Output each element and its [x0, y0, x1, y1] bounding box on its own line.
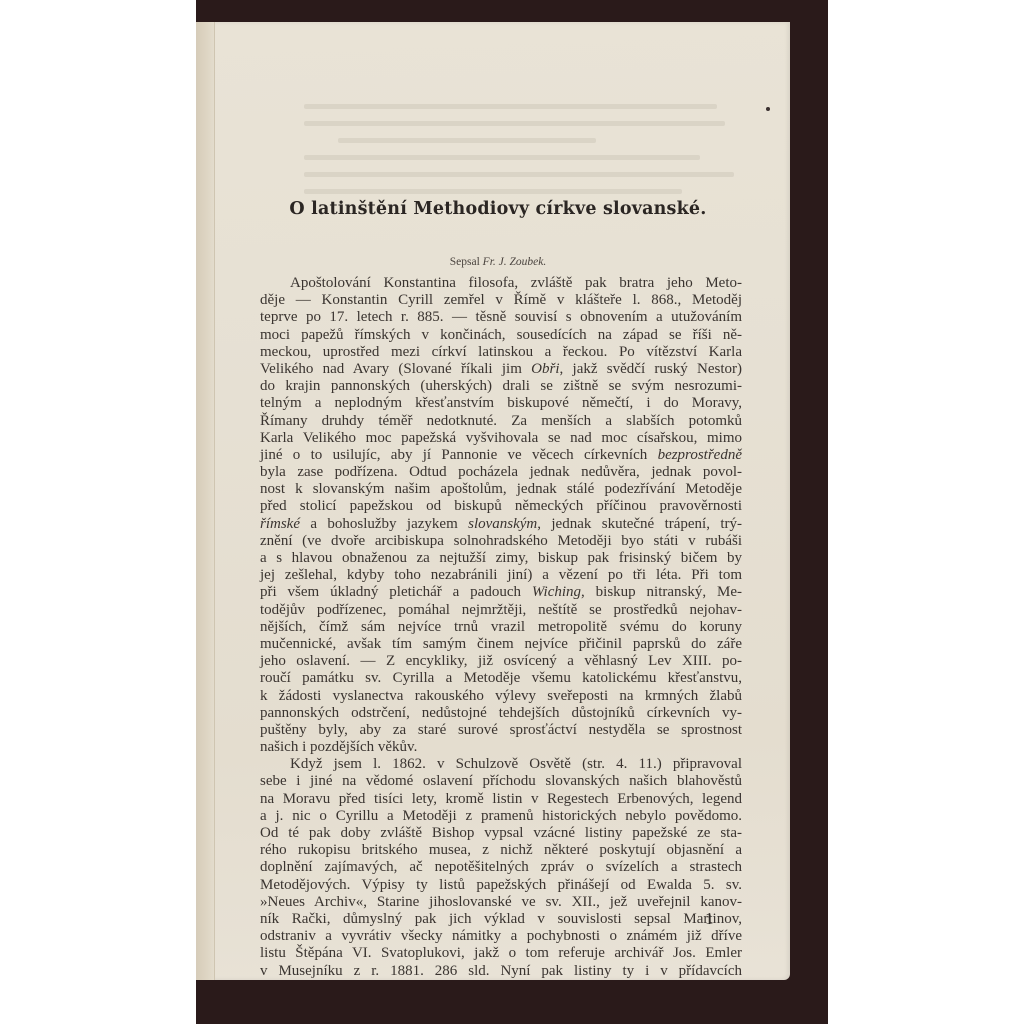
text-line: Apoštolování Konstantina filosofa, zvláš… — [260, 275, 742, 292]
document-title: O latinštění Methodiovy církve slovanské… — [288, 199, 708, 219]
ink-speck — [766, 107, 770, 111]
text-line: moci papežů římských v končinách, soused… — [260, 327, 742, 344]
text-line: telným a neplodným křesťanstvím biskupov… — [260, 395, 742, 412]
text-line: Od té pak doby zvláště Bishop vypsal vzá… — [260, 825, 742, 842]
text-line: při všem úkladný pletichář a padouch Wic… — [260, 584, 742, 601]
text-line: v Musejníku z r. 1881. 286 sld. Nyní pak… — [260, 963, 742, 980]
document-page: O latinštění Methodiovy církve slovanské… — [196, 22, 790, 980]
text-line: »Neues Archiv«, Starine jihoslovanské ve… — [260, 894, 742, 911]
text-line: ník Rački, důmyslný pak jich výklad v so… — [260, 911, 742, 928]
text-line: meckou, uprostřed mezi církví latinskou … — [260, 344, 742, 361]
text-line: Velikého nad Avary (Slované říkali jim O… — [260, 361, 742, 378]
page-number: 1 — [705, 909, 714, 929]
text-line: nost k slovanským našim apoštolům, jedna… — [260, 481, 742, 498]
text-line: znění (ve dvoře arcibiskupa solnohradské… — [260, 533, 742, 550]
text-line: listu Štěpána VI. Svatoplukovi, jakž o t… — [260, 945, 742, 962]
text-line: puštěny byly, aby za staré surové sprosť… — [260, 722, 742, 739]
text-line: odstraniv a vyvrátiv všecky námitky a po… — [260, 928, 742, 945]
text-line: rého rukopisu britského musea, z nichž n… — [260, 842, 742, 859]
text-line: našich i pozdějších věkův. — [260, 739, 742, 756]
text-line: k žádosti vyslanectva rakouského výlevy … — [260, 688, 742, 705]
text-line: doplnění zajímavých, ač nepotěšitelných … — [260, 859, 742, 876]
text-line: Metodějových. Výpisy ty listů papežských… — [260, 877, 742, 894]
text-line: děje — Konstantin Cyrill zemřel v Římě v… — [260, 292, 742, 309]
page-spine — [196, 22, 215, 980]
text-line: jiné o to usilujíc, aby jí Pannonie ve v… — [260, 447, 742, 464]
byline-prefix: Sepsal — [450, 256, 480, 268]
bleed-through-text — [304, 104, 734, 206]
document-body: Apoštolování Konstantina filosofa, zvláš… — [260, 275, 742, 980]
text-line: a j. nic o Cyrillu a Metoději z pramenů … — [260, 808, 742, 825]
text-line: jeho oslavení. — Z encykliky, již osvíce… — [260, 653, 742, 670]
text-line: roučí památku sv. Cyrilla a Metoděje vše… — [260, 670, 742, 687]
text-line: todějův podřízenec, pomáhal nejmržtěji, … — [260, 602, 742, 619]
text-line: a s hlavou obnaženou za nejtužší zimy, b… — [260, 550, 742, 567]
text-line: byla zase podřízena. Odtud pocházela jed… — [260, 464, 742, 481]
text-line: do krajin pannonských (uherských) drali … — [260, 378, 742, 395]
text-line: římské a bohoslužby jazykem slovanským, … — [260, 516, 742, 533]
text-line: nějších, čímž sám nejvíce trnů vrazil me… — [260, 619, 742, 636]
byline-author: Fr. J. Zoubek. — [483, 256, 547, 268]
text-line: teprve po 17. letech r. 885. — těsně sou… — [260, 309, 742, 326]
text-line: na Moravu před tisíci lety, kromě listin… — [260, 791, 742, 808]
text-line: Když jsem l. 1862. v Schulzově Osvětě (s… — [260, 756, 742, 773]
text-line: jej zešlehal, kdyby toho nezabránili jin… — [260, 567, 742, 584]
text-line: Karla Velikého moc papežská vyšvihovala … — [260, 430, 742, 447]
text-line: mučennické, avšak tím samým činem nejvíc… — [260, 636, 742, 653]
text-line: Římany druhdy téměř nedotknuté. Za menší… — [260, 413, 742, 430]
text-line: sebe i jiné na vědomé oslavení příchodu … — [260, 773, 742, 790]
document-byline: Sepsal Fr. J. Zoubek. — [288, 256, 708, 268]
text-line: pannonských odstrčení, nedůstojné tehdej… — [260, 705, 742, 722]
text-line: před stolicí papežskou od biskupů německ… — [260, 498, 742, 515]
